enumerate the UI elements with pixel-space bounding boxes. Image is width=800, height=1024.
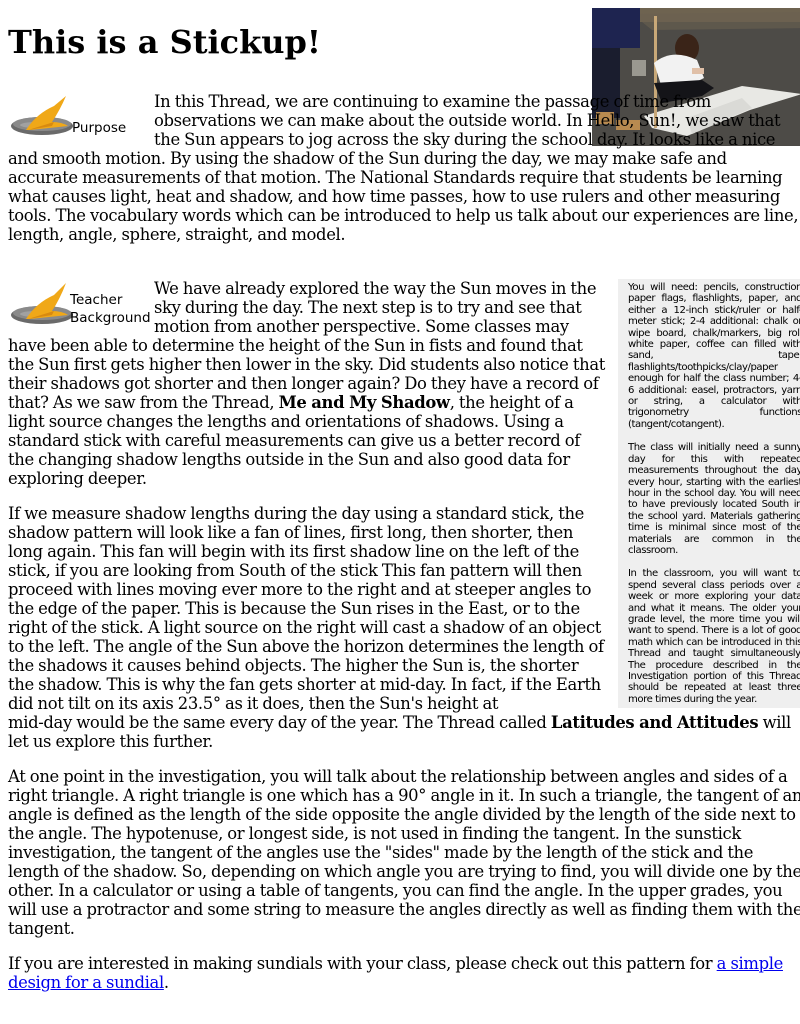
shadow-fan-text: If we measure shadow lengths during the … [8,504,604,713]
sidebox-classroom-text: In the classroom, you will want to spend… [618,568,800,705]
sundial-text-end: . [164,973,169,992]
sundial-icon [8,279,74,327]
page-title: This is a Stickup! [8,24,321,60]
tangent-paragraph: At one point in the investigation, you w… [8,767,800,938]
shadow-fan-paragraph-continued: mid-day would be the same every day of t… [8,713,800,751]
sundial-paragraph: If you are interested in making sundials… [8,954,800,992]
thread-name-me-and-my-shadow: Me and My Shadow [279,393,450,412]
shadow-fan-paragraph: If we measure shadow lengths during the … [8,504,608,713]
teacher-background-badge: Teacher Background [8,279,154,327]
sidebox-schedule-text: The class will initially need a sunny da… [618,442,800,556]
sundial-icon [8,92,74,140]
purpose-paragraph: Purpose In this Thread, we are continuin… [8,92,800,244]
sundial-text: If you are interested in making sundials… [8,954,717,973]
purpose-label: Purpose [72,120,126,136]
sidebox-materials-text: You will need: pencils, construction pap… [618,279,800,430]
teacher-background-paragraph: Teacher Background We have already explo… [8,279,608,488]
tangent-text: At one point in the investigation, you w… [8,767,800,938]
shadow-fan-text-cont: mid-day would be the same every day of t… [8,713,551,732]
teacher-label: Teacher [70,292,122,308]
materials-sidebox: You will need: pencils, construction pap… [618,279,800,708]
purpose-badge: Purpose [8,92,154,140]
thread-name-latitudes-and-attitudes: Latitudes and Attitudes [551,713,758,732]
background-label: Background [70,310,151,326]
